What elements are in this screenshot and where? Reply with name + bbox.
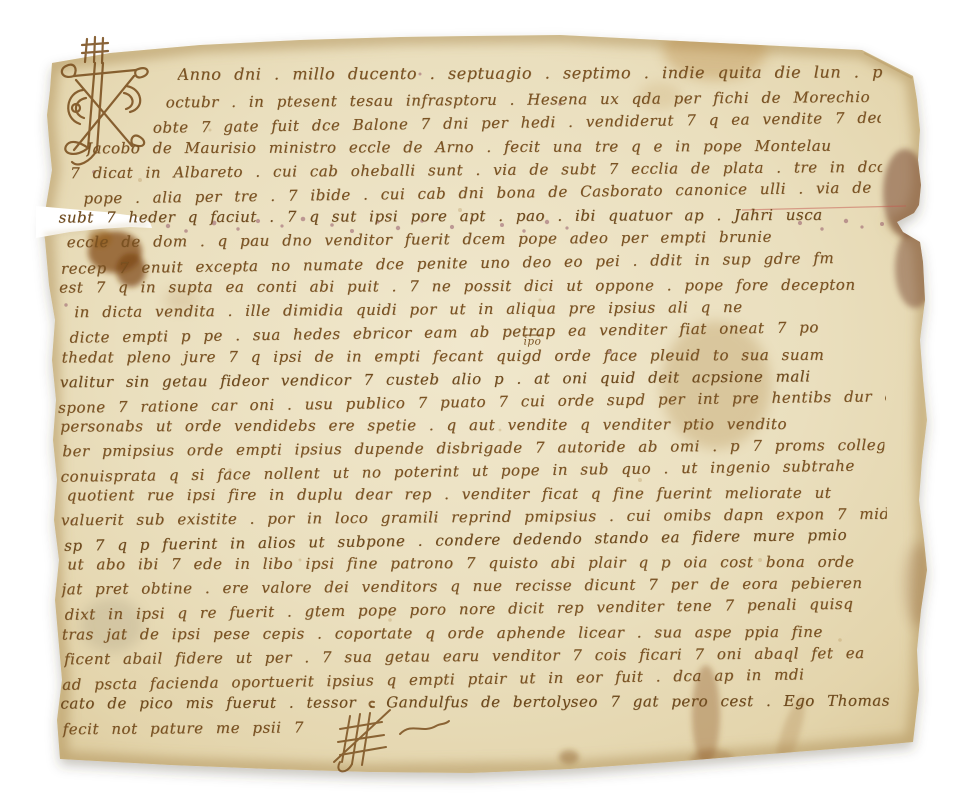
manuscript-line: Jacobo de Maurisio ministro eccle de Arn… <box>86 137 880 161</box>
manuscript-line: tras jat de ipsi pese cepis . coportate … <box>62 623 886 647</box>
manuscript-line: est 7 q in supta ea conti abi puit . 7 n… <box>59 276 883 300</box>
manuscript-text: Anno dni . millo ducento . septuagio . s… <box>0 0 959 800</box>
manuscript-line: Anno dni . millo ducento . septuagio . s… <box>177 62 883 85</box>
manuscript-line: fecit not pature me psii 7 <box>63 718 343 741</box>
interlinear-insertion: ipo <box>523 336 541 348</box>
manuscript-line: ut abo ibi 7 ede in libo ipsi fine patro… <box>67 553 885 577</box>
manuscript-photo: Anno dni . millo ducento . septuagio . s… <box>0 0 959 800</box>
manuscript-line: subt 7 heder q faciut . 7 q sut ipsi por… <box>59 206 883 230</box>
manuscript-line: cato de pico mis fuerut . tessor . Gandu… <box>60 692 890 716</box>
manuscript-line: thedat pleno jure 7 q ipsi de in empti f… <box>62 346 884 370</box>
manuscript-line: personabs ut orde vendidebs ere spetie .… <box>60 415 884 439</box>
manuscript-line: quotient rue ipsi fire in duplu dear rep… <box>67 484 885 508</box>
